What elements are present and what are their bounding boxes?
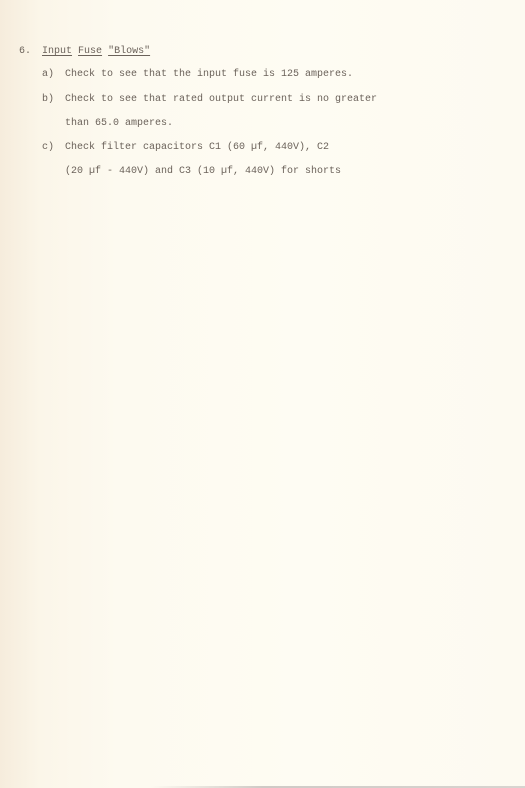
item-c-text-line-2: (20 µf - 440V) and C3 (10 µf, 440V) for … bbox=[65, 166, 341, 178]
item-a-label: a) bbox=[42, 69, 54, 81]
item-b-label: b) bbox=[42, 94, 54, 106]
document-page: 6. Input Fuse "Blows" a) Check to see th… bbox=[0, 0, 525, 788]
title-word-fuse: Fuse bbox=[78, 46, 102, 57]
item-b-text-line-2: than 65.0 amperes. bbox=[65, 118, 173, 130]
section-number: 6. bbox=[19, 46, 31, 58]
item-c-label: c) bbox=[42, 142, 54, 154]
item-a-text: Check to see that the input fuse is 125 … bbox=[65, 69, 353, 81]
section-title: Input Fuse "Blows" bbox=[42, 46, 150, 58]
item-b-text-line-1: Check to see that rated output current i… bbox=[65, 94, 377, 106]
item-c-text-line-1: Check filter capacitors C1 (60 µf, 440V)… bbox=[65, 142, 329, 154]
title-word-input: Input bbox=[42, 46, 72, 57]
title-word-blows: "Blows" bbox=[108, 46, 150, 57]
